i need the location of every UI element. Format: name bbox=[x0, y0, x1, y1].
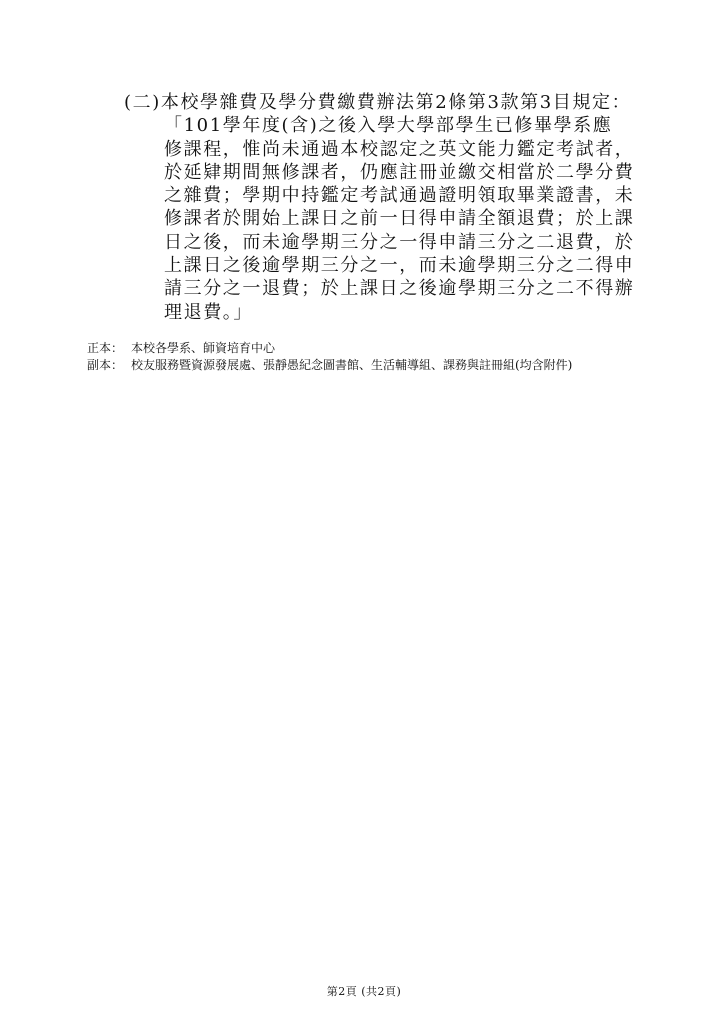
item-line-2: 「101學年度(含)之後入學大學部學生已修畢學系應 bbox=[124, 114, 654, 137]
item-line-5: 之雜費；學期中持鑑定考試通過證明領取畢業證書，未 bbox=[124, 184, 654, 207]
page-number: 第2頁 (共2頁) bbox=[0, 983, 728, 999]
regulation-item: (二)本校學雜費及學分費繳費辦法第2條第3款第3目規定： 「101學年度(含)之… bbox=[124, 91, 654, 324]
item-line-8: 上課日之後逾學期三分之一，而未逾學期三分之二得申 bbox=[124, 254, 654, 277]
item-line-9: 請三分之一退費；於上課日之後逾學期三分之二不得辦 bbox=[124, 277, 654, 300]
copy-label: 副本： bbox=[87, 357, 131, 374]
item-line-10: 理退費。」 bbox=[124, 301, 654, 324]
item-line-6: 修課者於開始上課日之前一日得申請全額退費；於上課 bbox=[124, 207, 654, 230]
item-line-1: (二)本校學雜費及學分費繳費辦法第2條第3款第3目規定： bbox=[124, 91, 654, 114]
copy-text: 校友服務暨資源發展處、張靜愚紀念圖書館、生活輔導組、課務與註冊組(均含附件) bbox=[131, 357, 667, 374]
original-text: 本校各學系、師資培育中心 bbox=[131, 340, 667, 357]
item-line-7: 日之後，而未逾學期三分之一得申請三分之二退費，於 bbox=[124, 231, 654, 254]
item-line-3: 修課程，惟尚未通過本校認定之英文能力鑑定考試者， bbox=[124, 138, 654, 161]
original-recipients: 正本： 本校各學系、師資培育中心 bbox=[87, 340, 667, 357]
copy-recipients: 副本： 校友服務暨資源發展處、張靜愚紀念圖書館、生活輔導組、課務與註冊組(均含附… bbox=[87, 357, 667, 374]
distribution-list: 正本： 本校各學系、師資培育中心 副本： 校友服務暨資源發展處、張靜愚紀念圖書館… bbox=[87, 340, 667, 374]
original-label: 正本： bbox=[87, 340, 131, 357]
item-line-4: 於延肄期間無修課者，仍應註冊並繳交相當於二學分費 bbox=[124, 161, 654, 184]
